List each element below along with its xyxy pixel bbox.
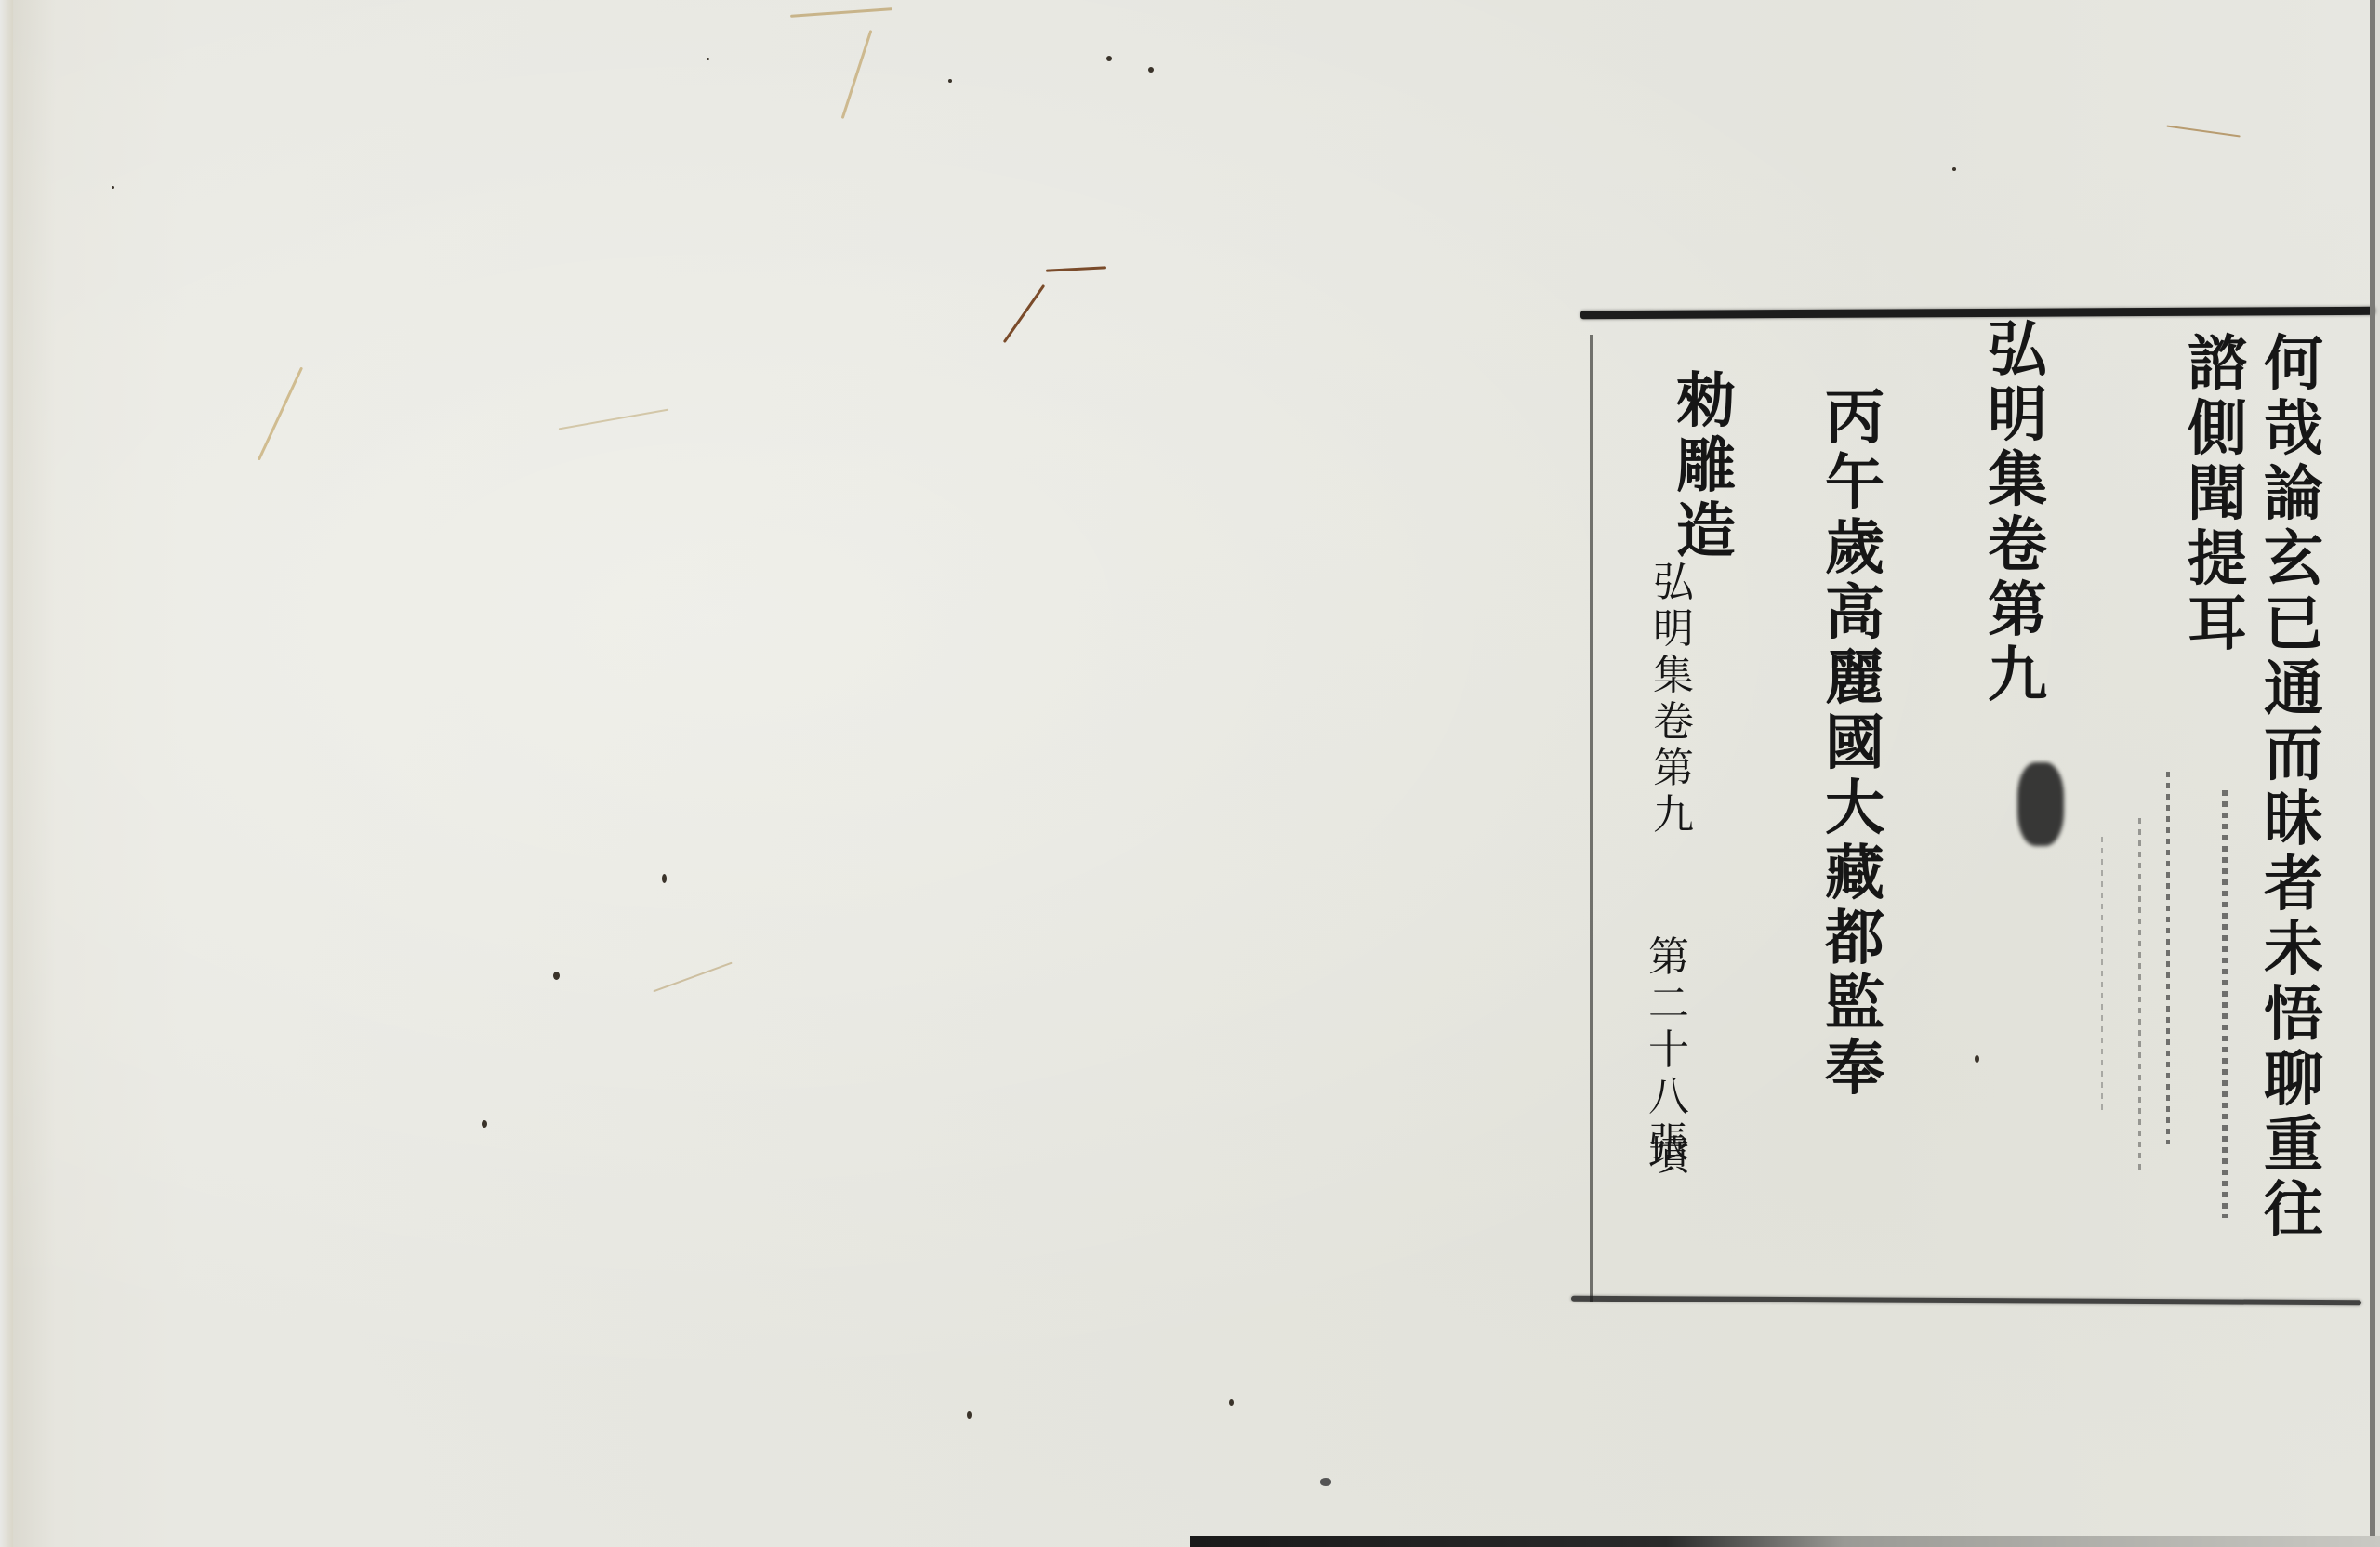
- character: 往: [2264, 1181, 2323, 1246]
- character: 丙: [1825, 389, 1884, 454]
- character: 都: [1825, 909, 1884, 974]
- character: 麗: [1825, 649, 1884, 714]
- character: 未: [2264, 920, 2323, 985]
- paper-fiber: [559, 409, 669, 430]
- ink-streak: [2166, 772, 2170, 1144]
- character: 昧: [2264, 790, 2323, 855]
- character: 奉: [1825, 1039, 1884, 1104]
- character: 明: [1653, 609, 1694, 655]
- character: 墳: [1648, 1136, 1689, 1183]
- character: 八: [1648, 1077, 1689, 1123]
- ink-streak: [2101, 837, 2103, 1116]
- character: 已: [2264, 595, 2323, 660]
- character: 第: [1648, 937, 1689, 984]
- character: 九: [1988, 646, 2047, 711]
- text-column-1: 何哉論玄已通而昧者未悟聊重往: [2261, 335, 2326, 1246]
- paper-fiber: [2166, 125, 2241, 137]
- frame-bottom-border: [1571, 1296, 2361, 1305]
- character: 歲: [1825, 519, 1884, 584]
- character: 明: [1988, 386, 2047, 451]
- frame-left-border: [1590, 335, 1593, 1302]
- character: 弘: [1988, 321, 2047, 386]
- character: 第: [1988, 581, 2047, 646]
- paper-fiber: [790, 7, 892, 18]
- character: 何: [2264, 335, 2323, 400]
- character: 大: [1825, 779, 1884, 844]
- paper-fiber: [1046, 266, 1106, 271]
- paper-speck: [1975, 1055, 1979, 1063]
- page-right-edge: [2370, 0, 2375, 1547]
- bottom-edge-shadow: [1190, 1536, 2380, 1547]
- character: 卷: [1653, 702, 1694, 748]
- character: 聊: [2264, 1051, 2323, 1116]
- character: 雕: [1676, 437, 1736, 502]
- text-column-5-colophon: 勑雕造: [1673, 372, 1739, 567]
- character: 造: [1676, 502, 1736, 567]
- character: 九: [1653, 795, 1694, 841]
- paper-speck: [948, 79, 952, 83]
- paper-speck: [662, 874, 667, 883]
- character: 耳: [2188, 595, 2247, 660]
- character: 午: [1825, 454, 1884, 519]
- character: 十: [1648, 1030, 1689, 1077]
- paper-speck: [553, 972, 560, 980]
- paper-speck: [482, 1120, 487, 1128]
- paper-fiber: [1003, 284, 1045, 343]
- character: 者: [2264, 855, 2323, 920]
- character: 重: [2264, 1116, 2323, 1181]
- text-column-4-colophon: 丙午歲高麗國大藏都監奉: [1822, 389, 1887, 1104]
- character: 而: [2264, 725, 2323, 790]
- paper-speck: [967, 1411, 972, 1419]
- character: 哉: [2264, 400, 2323, 465]
- text-column-2: 諮側聞提耳: [2185, 335, 2250, 660]
- paper-fiber: [653, 962, 732, 993]
- character: 論: [2264, 465, 2323, 530]
- character: 諮: [2188, 335, 2247, 400]
- text-column-3-title: 弘明集卷第九: [1985, 321, 2050, 711]
- character: 集: [1988, 451, 2047, 516]
- paper-speck: [1148, 67, 1154, 73]
- character: 第: [1653, 748, 1694, 795]
- character: 二: [1648, 984, 1689, 1030]
- character: 卷: [1988, 516, 2047, 581]
- character: 聞: [2188, 465, 2247, 530]
- character: 弘: [1653, 562, 1694, 609]
- ink-streak: [2138, 818, 2141, 1171]
- character: 悟: [2264, 985, 2323, 1051]
- page-left-edge: [0, 0, 13, 1547]
- character: 玄: [2264, 530, 2323, 595]
- margin-title: 弘明集卷第九: [1650, 562, 1697, 841]
- paper-speck: [1106, 56, 1112, 61]
- paper-speck: [707, 58, 709, 60]
- character: 提: [2188, 530, 2247, 595]
- paper-speck: [1952, 167, 1956, 171]
- ink-streak: [2222, 790, 2228, 1218]
- paper-speck: [1320, 1478, 1331, 1486]
- character: 國: [1825, 714, 1884, 779]
- paper-fiber: [841, 30, 873, 119]
- character: 藏: [1825, 844, 1884, 909]
- character: 通: [2264, 660, 2323, 725]
- paper-speck: [112, 186, 114, 189]
- frame-top-border: [1580, 307, 2375, 319]
- character: 監: [1825, 974, 1884, 1039]
- paper-fiber: [258, 367, 303, 461]
- paper-page: 何哉論玄已通而昧者未悟聊重往 諮側聞提耳 弘明集卷第九 丙午歲高麗國大藏都監奉 …: [0, 0, 2375, 1547]
- character: 集: [1653, 655, 1694, 702]
- character: 側: [2188, 400, 2247, 465]
- character: 勑: [1676, 372, 1736, 437]
- ink-smudge: [2017, 762, 2064, 846]
- character: 高: [1825, 584, 1884, 649]
- margin-carver-name: 墳: [1646, 1136, 1692, 1183]
- paper-speck: [1229, 1399, 1234, 1406]
